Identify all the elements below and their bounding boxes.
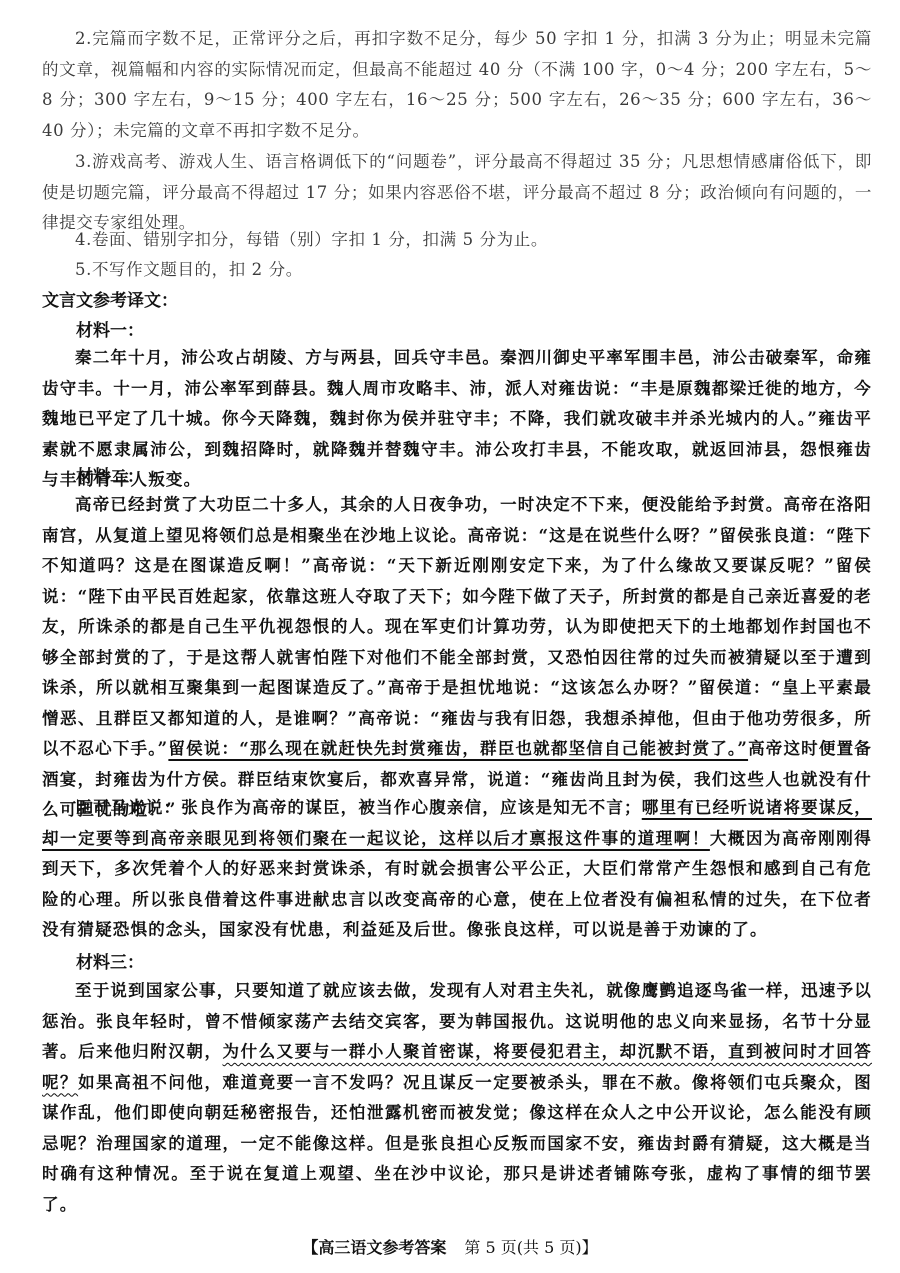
grading-rule-5: 5.不写作文题目的，扣 2 分。: [42, 255, 872, 286]
grading-rule-4: 4.卷面、错别字扣分，每错（别）字扣 1 分，扣满 5 分为止。: [42, 225, 872, 256]
document-page: 2.完篇而字数不足，正常评分之后，再扣字数不足分，每少 50 字扣 1 分，扣满…: [0, 0, 900, 1273]
material-3-text-b: 如果高祖不问他，难道竟要一言不发吗？况且谋反一定要被杀头，罪在不赦。像将领们屯兵…: [42, 1073, 872, 1214]
material-2-paragraph-1: 高帝已经封赏了大功臣二十多人，其余的人日夜争功，一时决定不下来，便没能给予封赏。…: [42, 490, 872, 826]
section-title: 文言文参考译文：: [42, 286, 178, 311]
underlined-answer-1: 留侯说：“那么现在就赶快先封赏雍齿，群臣也就都坚信自己能被封赏了。”: [168, 739, 748, 758]
sima-guang-text-a: 臣司马光说：张良作为高帝的谋臣，被当作心腹亲信，应该是知无不言；: [75, 798, 642, 817]
footer-page-number: 第 5 页(共 5 页)】: [464, 1238, 597, 1257]
material-2-title: 材料二：: [76, 462, 144, 487]
material-1-text: 秦二年十月，沛公攻占胡陵、方与两县，回兵守丰邑。秦泗川御史平率军围丰邑，沛公击破…: [42, 343, 872, 496]
material-2-text-a: 高帝已经封赏了大功臣二十多人，其余的人日夜争功，一时决定不下来，便没能给予封赏。…: [42, 495, 872, 758]
page-footer: 【高三语文参考答案第 5 页(共 5 页)】: [0, 1235, 900, 1258]
material-3-text: 至于说到国家公事，只要知道了就应该去做，发现有人对君主失礼，就像鹰鹯追逐鸟雀一样…: [42, 976, 872, 1220]
grading-rule-2: 2.完篇而字数不足，正常评分之后，再扣字数不足分，每少 50 字扣 1 分，扣满…: [42, 24, 872, 146]
material-1-title: 材料一：: [76, 316, 144, 341]
material-3-title: 材料三：: [76, 948, 144, 973]
footer-title: 【高三语文参考答案: [302, 1238, 446, 1257]
material-2-paragraph-2: 臣司马光说：张良作为高帝的谋臣，被当作心腹亲信，应该是知无不言；哪里有已经听说诸…: [42, 793, 872, 946]
